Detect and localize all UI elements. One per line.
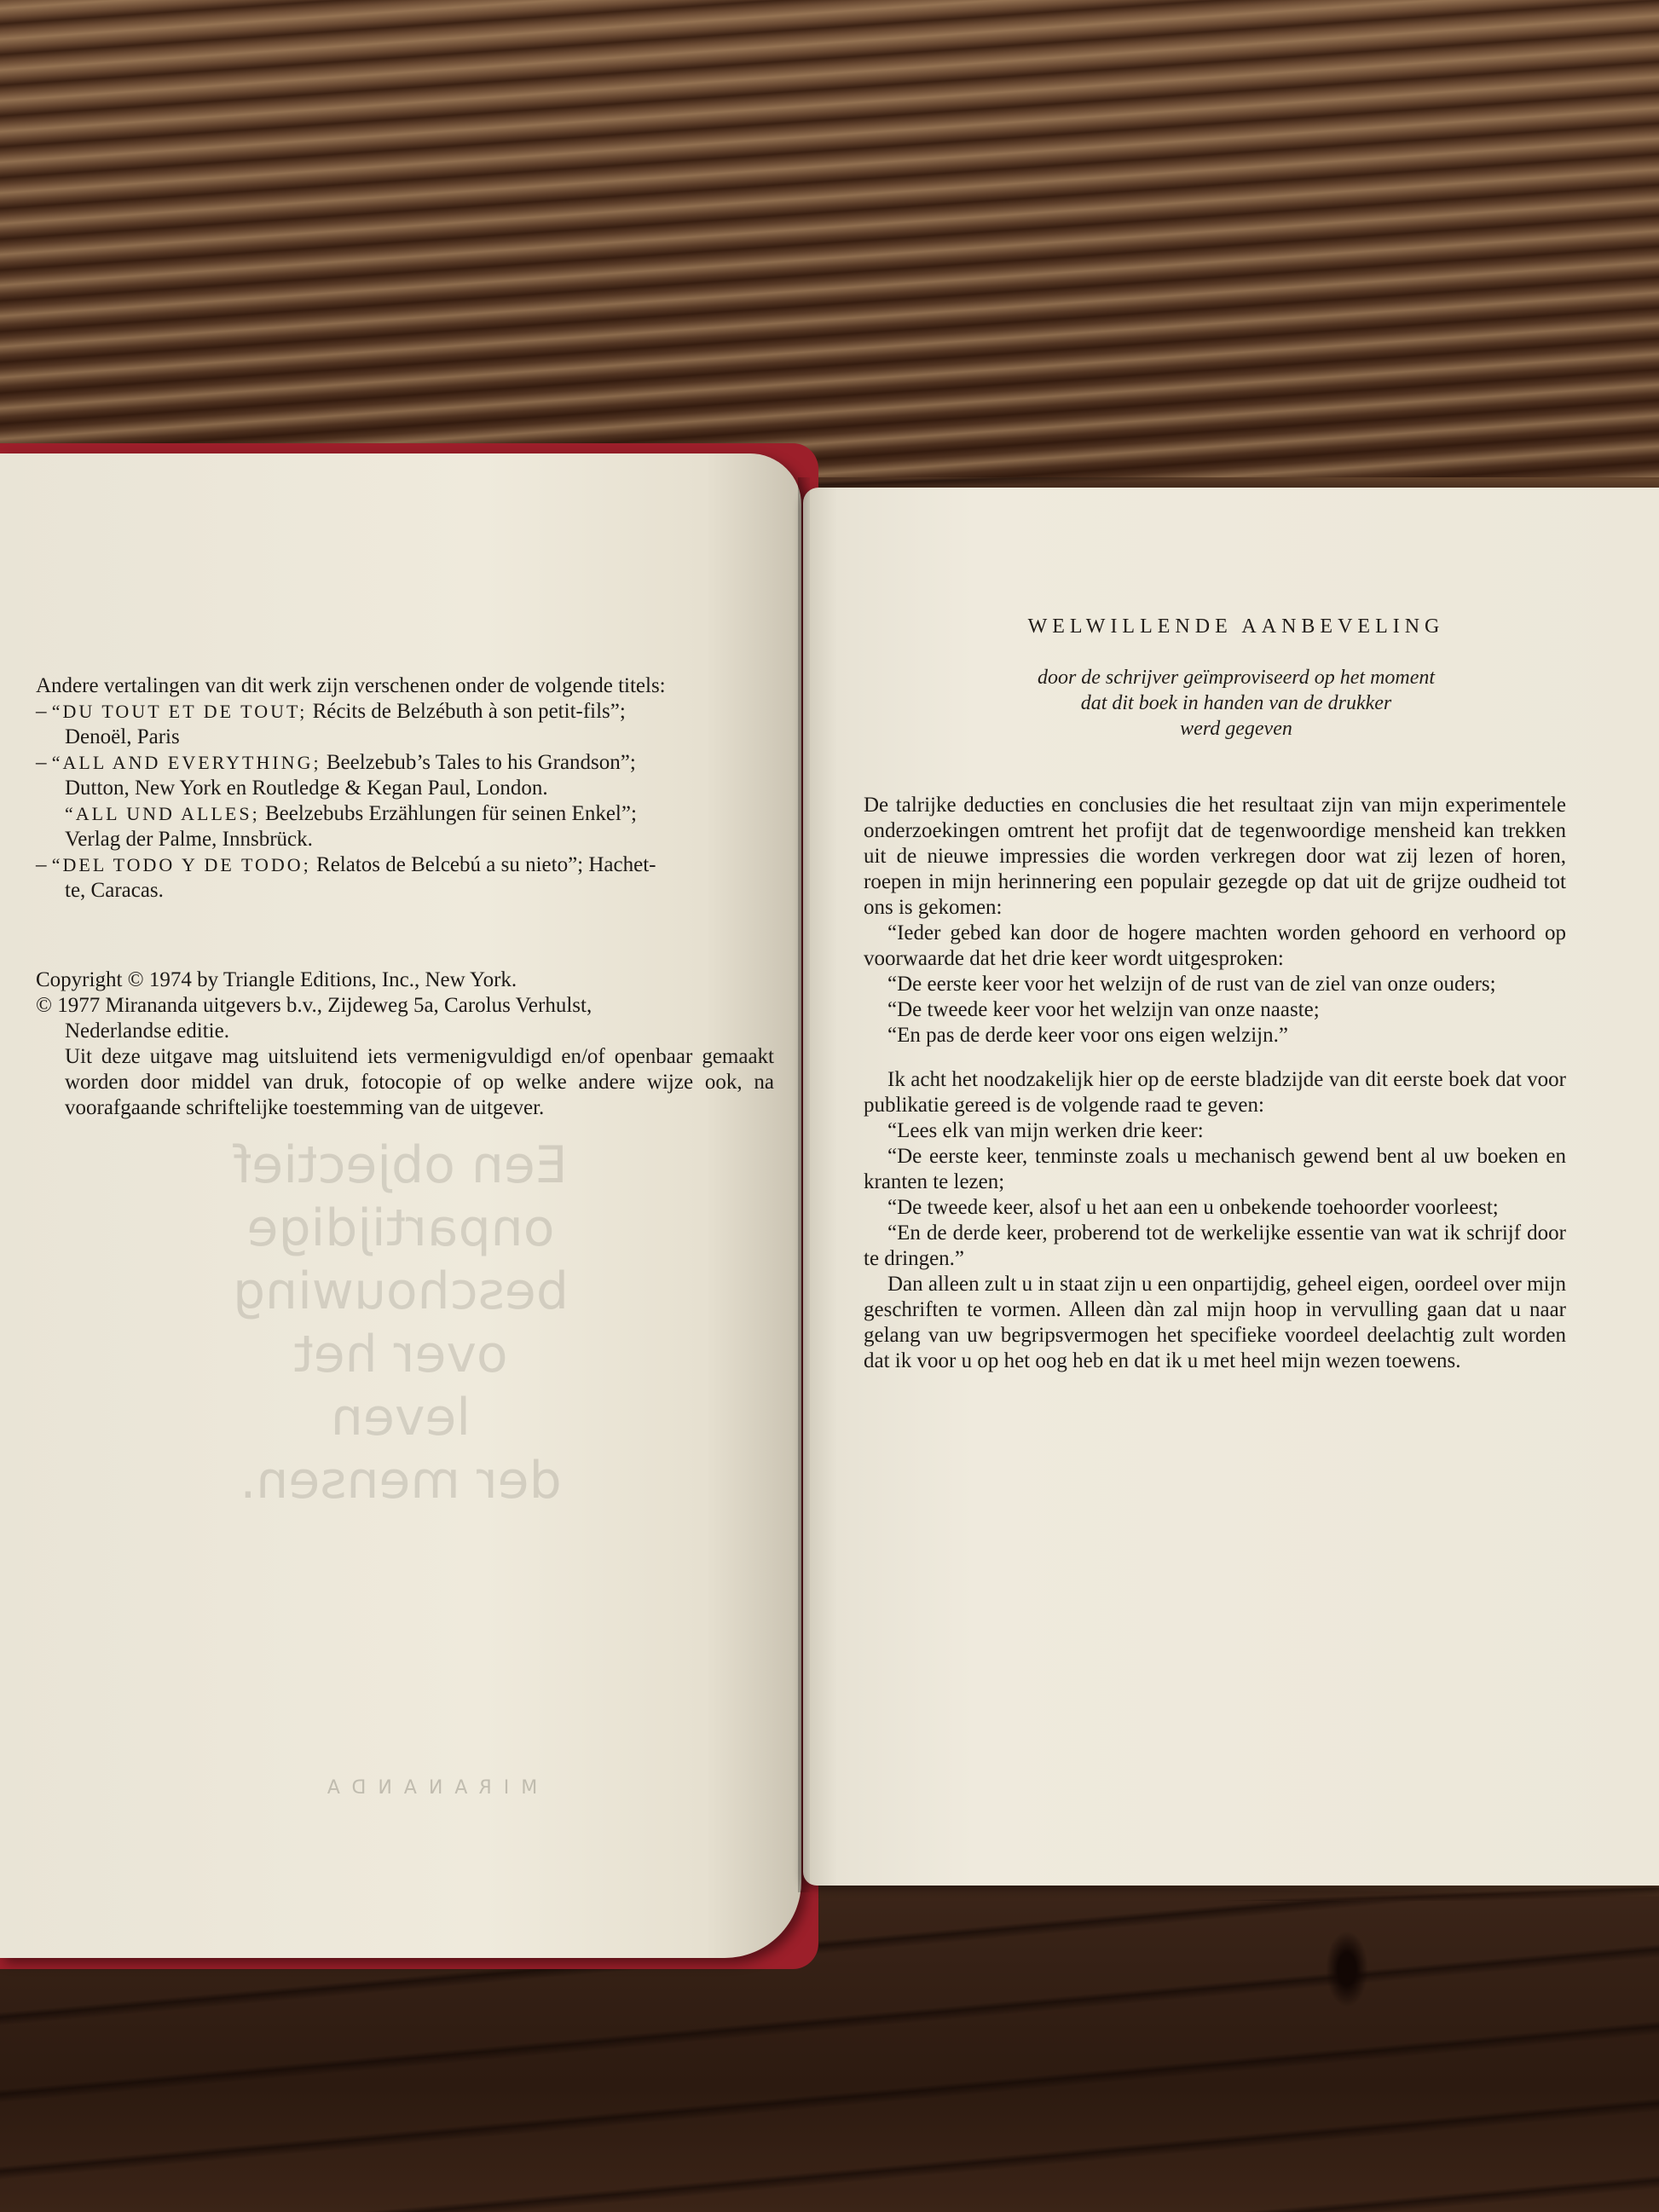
translation-publisher: Denoël, Paris bbox=[36, 725, 774, 750]
paragraph: “De eerste keer, tenminste zoals u mecha… bbox=[864, 1144, 1566, 1195]
rights-notice: Uit deze uitgave mag uitsluitend iets ve… bbox=[36, 1044, 774, 1121]
translation-entry-spanish: – “DEL TODO Y DE TODO; Relatos de Belceb… bbox=[36, 852, 774, 878]
translation-publisher: te, Caracas. bbox=[36, 878, 774, 904]
paragraph: “En de derde keer, proberend tot de werk… bbox=[864, 1221, 1566, 1272]
copyright-block: Copyright © 1974 by Triangle Editions, I… bbox=[36, 967, 774, 1121]
copyright-dutch-edition: Nederlandse editie. bbox=[36, 1019, 774, 1044]
translation-entry-french: – “DU TOUT ET DE TOUT; Récits de Belzébu… bbox=[36, 699, 774, 725]
paragraph: “Lees elk van mijn werken drie keer: bbox=[864, 1118, 1566, 1144]
translation-publisher: Verlag der Palme, Innsbrück. bbox=[36, 827, 774, 852]
wood-knot bbox=[1326, 1931, 1368, 2007]
copyright-dutch: © 1977 Mirananda uitgevers b.v., Zijdewe… bbox=[36, 993, 774, 1019]
paragraph: Ik acht het noodzakelijk hier op de eers… bbox=[864, 1067, 1566, 1118]
wooden-table-top bbox=[0, 0, 1659, 477]
show-through-publisher: MIRANANDA bbox=[298, 1777, 554, 1799]
translation-entry-english: – “ALL AND EVERYTHING; Beelzebub’s Tales… bbox=[36, 750, 774, 776]
translations-list: Andere vertalingen van dit werk zijn ver… bbox=[36, 673, 774, 904]
chapter-body: De talrijke deducties en conclusies die … bbox=[864, 793, 1566, 1374]
paragraph: “En pas de derde keer voor ons eigen wel… bbox=[864, 1023, 1566, 1048]
paragraph: De talrijke deducties en conclusies die … bbox=[864, 793, 1566, 921]
chapter-subheading: door de schrijver geïmproviseerd op het … bbox=[904, 665, 1569, 742]
chapter-heading: WELWILLENDE AANBEVELING bbox=[895, 615, 1577, 638]
translations-intro: Andere vertalingen van dit werk zijn ver… bbox=[36, 673, 774, 699]
paragraph: “De eerste keer voor het welzijn of de r… bbox=[864, 972, 1566, 997]
translation-entry-german: “ALL UND ALLES; Beelzebubs Erzählungen f… bbox=[36, 801, 774, 827]
paragraph: “Ieder gebed kan door de hogere machten … bbox=[864, 921, 1566, 972]
copyright-original: Copyright © 1974 by Triangle Editions, I… bbox=[36, 967, 774, 993]
book-gutter bbox=[798, 477, 810, 1892]
translation-publisher: Dutton, New York en Routledge & Kegan Pa… bbox=[36, 776, 774, 801]
paragraph: “De tweede keer, alsof u het aan een u o… bbox=[864, 1195, 1566, 1221]
show-through-title: Een objectief onpartijdige beschouwing o… bbox=[222, 1134, 580, 1512]
paragraph: Dan alleen zult u in staat zijn u een on… bbox=[864, 1272, 1566, 1374]
paragraph: “De tweede keer voor het welzijn van onz… bbox=[864, 997, 1566, 1023]
